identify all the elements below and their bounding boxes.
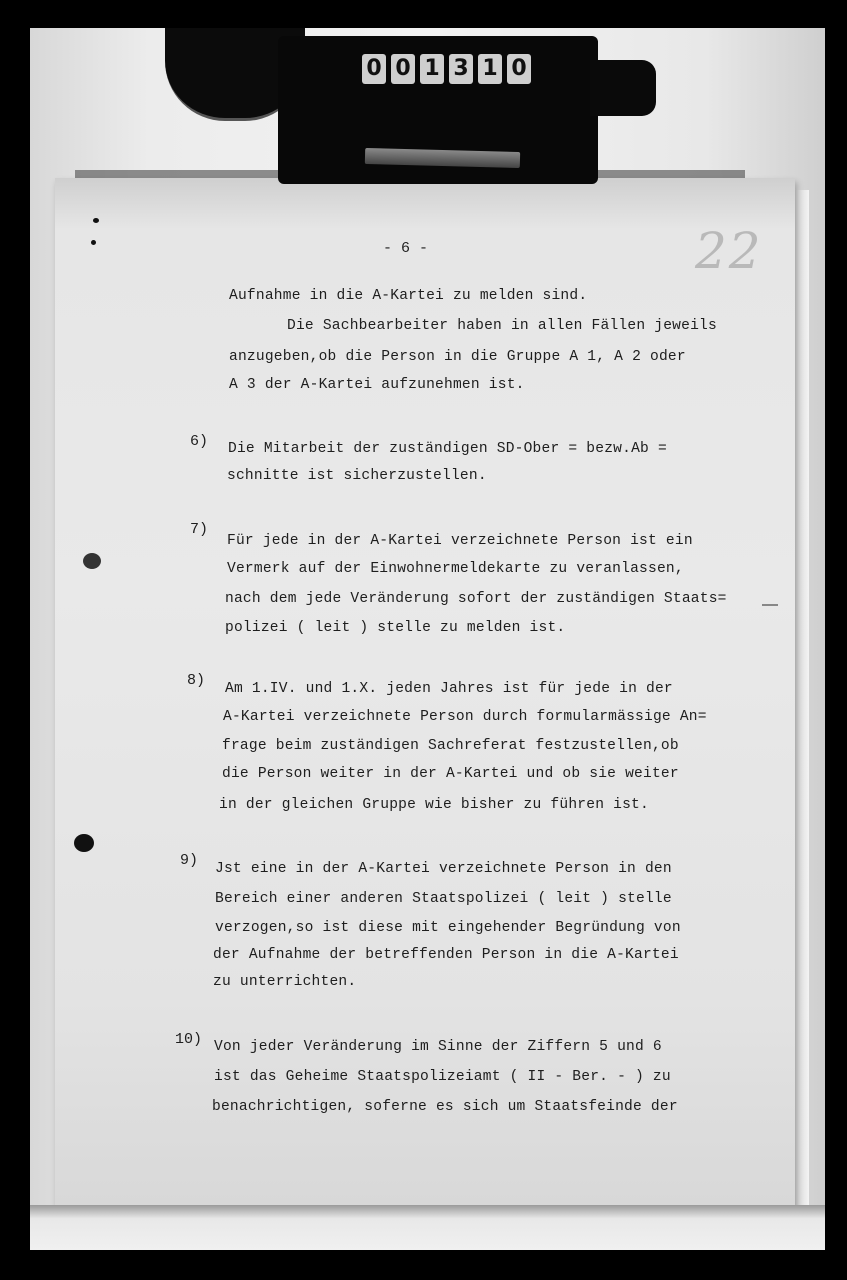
handwritten-folio-number: 22 (695, 222, 763, 280)
counter-digit: 3 (449, 54, 473, 84)
page-number: - 6 - (383, 240, 428, 257)
item-number: 6) (190, 433, 208, 450)
punch-hole-icon (93, 218, 99, 223)
item-line: Jst eine in der A-Kartei verzeichnete Pe… (215, 861, 672, 877)
item-line: in der gleichen Gruppe wie bisher zu füh… (219, 797, 649, 813)
intro-line: anzugeben,ob die Person in die Gruppe A … (229, 349, 686, 365)
item-line: ist das Geheime Staatspolizeiamt ( II - … (214, 1069, 671, 1085)
counter-digit: 0 (362, 54, 386, 84)
item-line: polizei ( leit ) stelle zu melden ist. (225, 620, 565, 636)
item-line: Die Mitarbeit der zuständigen SD-Ober = … (228, 441, 667, 457)
item-line: die Person weiter in der A-Kartei und ob… (222, 766, 679, 782)
item-number: 10) (175, 1031, 202, 1048)
intro-line: Die Sachbearbeiter haben in allen Fällen… (287, 318, 717, 334)
item-line: Von jeder Veränderung im Sinne der Ziffe… (214, 1039, 662, 1055)
item-line: Bereich einer anderen Staatspolizei ( le… (215, 891, 672, 907)
item-number: 7) (190, 521, 208, 538)
item-line: Für jede in der A-Kartei verzeichnete Pe… (227, 533, 693, 549)
frame-counter-digits: 0 0 1 3 1 0 (362, 54, 531, 84)
item-line: benachrichtigen, soferne es sich um Staa… (212, 1099, 678, 1115)
punch-hole-icon (74, 834, 94, 852)
item-line: nach dem jede Veränderung sofort der zus… (225, 591, 727, 607)
counter-digit: 1 (420, 54, 444, 84)
item-line: verzogen,so ist diese mit eingehender Be… (215, 920, 681, 936)
item-line: Vermerk auf der Einwohnermeldekarte zu v… (227, 561, 684, 577)
sheet-bottom-edge (30, 1205, 825, 1250)
margin-mark (762, 604, 778, 606)
item-line: frage beim zuständigen Sachreferat festz… (222, 738, 679, 754)
counter-digit: 1 (478, 54, 502, 84)
item-line: schnitte ist sicherzustellen. (227, 468, 487, 484)
item-line: zu unterrichten. (213, 974, 356, 990)
item-line: A-Kartei verzeichnete Person durch formu… (223, 709, 707, 725)
counter-digit: 0 (507, 54, 531, 84)
item-number: 8) (187, 672, 205, 689)
item-line: der Aufnahme der betreffenden Person in … (213, 947, 679, 963)
counter-digit: 0 (391, 54, 415, 84)
item-number: 9) (180, 852, 198, 869)
item-line: Am 1.IV. und 1.X. jeden Jahres ist für j… (225, 681, 673, 697)
punch-hole-icon (83, 553, 101, 569)
intro-line: A 3 der A-Kartei aufzunehmen ist. (229, 377, 525, 393)
punch-hole-icon (91, 240, 96, 245)
intro-line: Aufnahme in die A-Kartei zu melden sind. (229, 288, 587, 304)
counter-knob (590, 60, 656, 116)
